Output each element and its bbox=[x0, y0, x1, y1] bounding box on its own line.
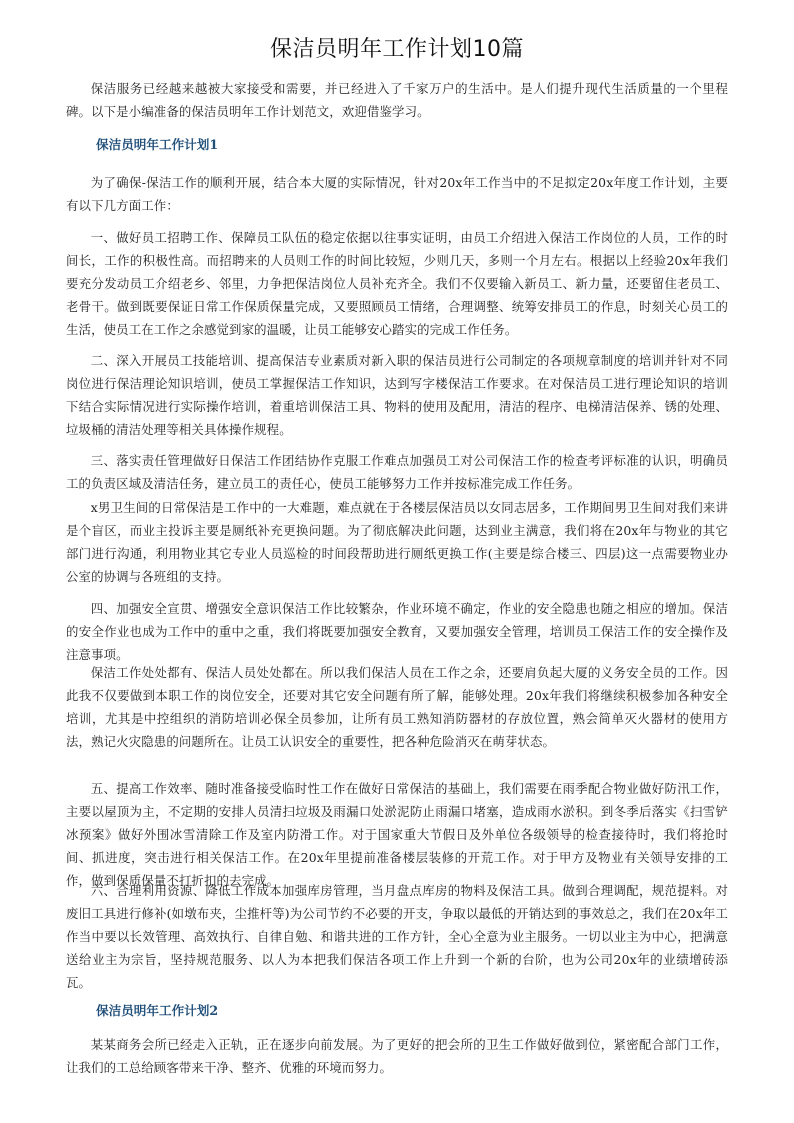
paragraph: 一、做好员工招聘工作、保障员工队伍的稳定依据以往事实证明，由员工介绍进入保洁工作… bbox=[66, 226, 728, 341]
paragraph: 五、提高工作效率、随时准备接受临时性工作在做好日常保洁的基础上，我们需要在雨季配… bbox=[66, 777, 728, 892]
paragraph: 四、加强安全宣贯、增强安全意识保洁工作比较繁杂，作业环境不确定，作业的安全隐患也… bbox=[66, 597, 728, 666]
document-page: 保洁员明年工作计划10篇 保洁服务已经越来越被大家接受和需要，并已经进入了千家万… bbox=[0, 0, 794, 1123]
paragraph: 保洁工作处处都有、保洁人员处处都在。所以我们保洁人员在工作之余，还要肩负起大厦的… bbox=[66, 661, 728, 753]
section-heading-1: 保洁员明年工作计划1 bbox=[96, 134, 218, 153]
document-title: 保洁员明年工作计划10篇 bbox=[0, 32, 794, 63]
paragraph: 二、深入开展员工技能培训、提高保洁专业素质对新入职的保洁员进行公司制定的各项规章… bbox=[66, 349, 728, 441]
section-heading-2: 保洁员明年工作计划2 bbox=[96, 1000, 218, 1019]
paragraph: x男卫生间的日常保洁是工作中的一大难题，难点就在于各楼层保洁员以女同志居多，工作… bbox=[66, 496, 728, 588]
paragraph: 三、落实责任管理做好日保洁工作团结协作克服工作难点加强员工对公司保洁工作的检查考… bbox=[66, 449, 728, 495]
paragraph: 为了确保-保洁工作的顺利开展，结合本大厦的实际情况，针对20x年工作当中的不足拟… bbox=[66, 171, 728, 217]
paragraph: 六、合理利用资源、降低工作成本加强库房管理，当月盘点库房的物料及保洁工具。做到合… bbox=[66, 879, 728, 994]
paragraph: 某某商务会所已经走入正轨，正在逐步向前发展。为了更好的把会所的卫生工作做好做到位… bbox=[66, 1033, 728, 1079]
intro-paragraph: 保洁服务已经越来越被大家接受和需要，并已经进入了千家万户的生活中。是人们提升现代… bbox=[66, 77, 728, 123]
